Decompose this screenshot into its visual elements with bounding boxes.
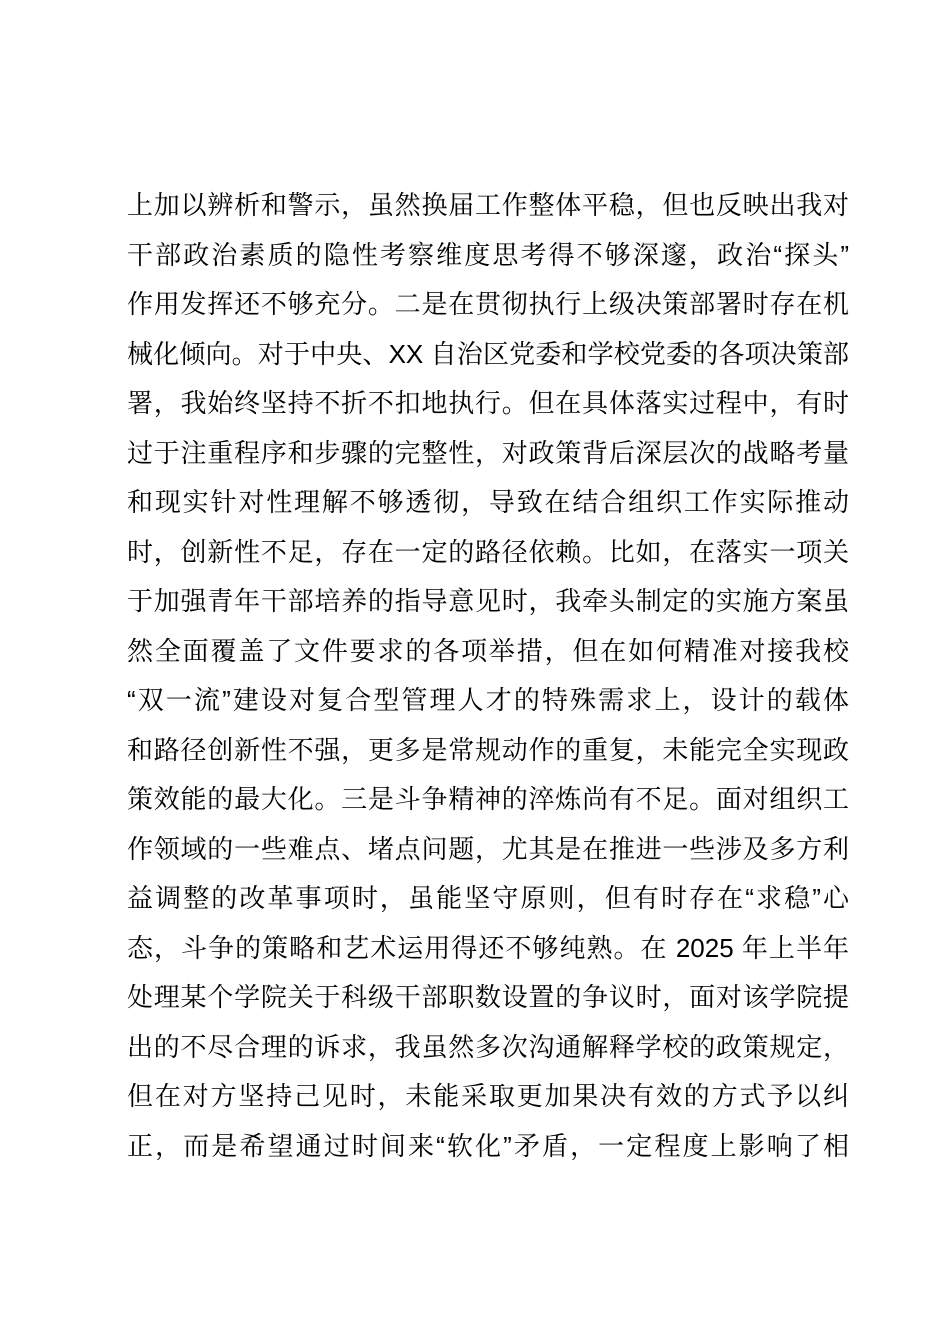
- document-text-line: 然全面覆盖了文件要求的各项举措，但在如何精准对接我校: [127, 627, 849, 677]
- document-text-line: 但在对方坚持己见时，未能采取更加果决有效的方式予以纠: [127, 1072, 849, 1122]
- document-text-line: 上加以辨析和警示，虽然换届工作整体平稳，但也反映出我对: [127, 181, 849, 231]
- document-text-line: 署，我始终坚持不折不扣地执行。但在具体落实过程中，有时: [127, 379, 849, 429]
- document-text-line: 作领域的一些难点、堵点问题，尤其是在推进一些涉及多方利: [127, 825, 849, 875]
- document-text-line: 益调整的改革事项时，虽能坚守原则，但有时存在“求稳”心: [127, 874, 849, 924]
- document-text-line: 作用发挥还不够充分。二是在贯彻执行上级决策部署时存在机: [127, 280, 849, 330]
- document-text-line: 处理某个学院关于科级干部职数设置的争议时，面对该学院提: [127, 973, 849, 1023]
- document-text-line: 过于注重程序和步骤的完整性，对政策背后深层次的战略考量: [127, 429, 849, 479]
- document-text-line: 于加强青年干部培养的指导意见时，我牵头制定的实施方案虽: [127, 577, 849, 627]
- document-text-line: “双一流”建设对复合型管理人才的特殊需求上，设计的载体: [127, 676, 849, 726]
- document-text-line: 策效能的最大化。三是斗争精神的淬炼尚有不足。面对组织工: [127, 775, 849, 825]
- document-text-line: 出的不尽合理的诉求，我虽然多次沟通解释学校的政策规定，: [127, 1023, 849, 1073]
- document-text-line: 和路径创新性不强，更多是常规动作的重复，未能完全实现政: [127, 726, 849, 776]
- document-text-line: 时，创新性不足，存在一定的路径依赖。比如，在落实一项关: [127, 528, 849, 578]
- document-text-line: 械化倾向。对于中央、XX 自治区党委和学校党委的各项决策部: [127, 330, 849, 380]
- document-text-line: 和现实针对性理解不够透彻，导致在结合组织工作实际推动: [127, 478, 849, 528]
- document-body-text: 上加以辨析和警示，虽然换届工作整体平稳，但也反映出我对 干部政治素质的隐性考察维…: [127, 181, 849, 1171]
- document-page: 上加以辨析和警示，虽然换届工作整体平稳，但也反映出我对 干部政治素质的隐性考察维…: [0, 0, 950, 1344]
- document-text-line: 态，斗争的策略和艺术运用得还不够纯熟。在 2025 年上半年: [127, 924, 849, 974]
- document-text-line: 正，而是希望通过时间来“软化”矛盾，一定程度上影响了相: [127, 1122, 849, 1172]
- document-text-line: 干部政治素质的隐性考察维度思考得不够深邃，政治“探头”: [127, 231, 849, 281]
